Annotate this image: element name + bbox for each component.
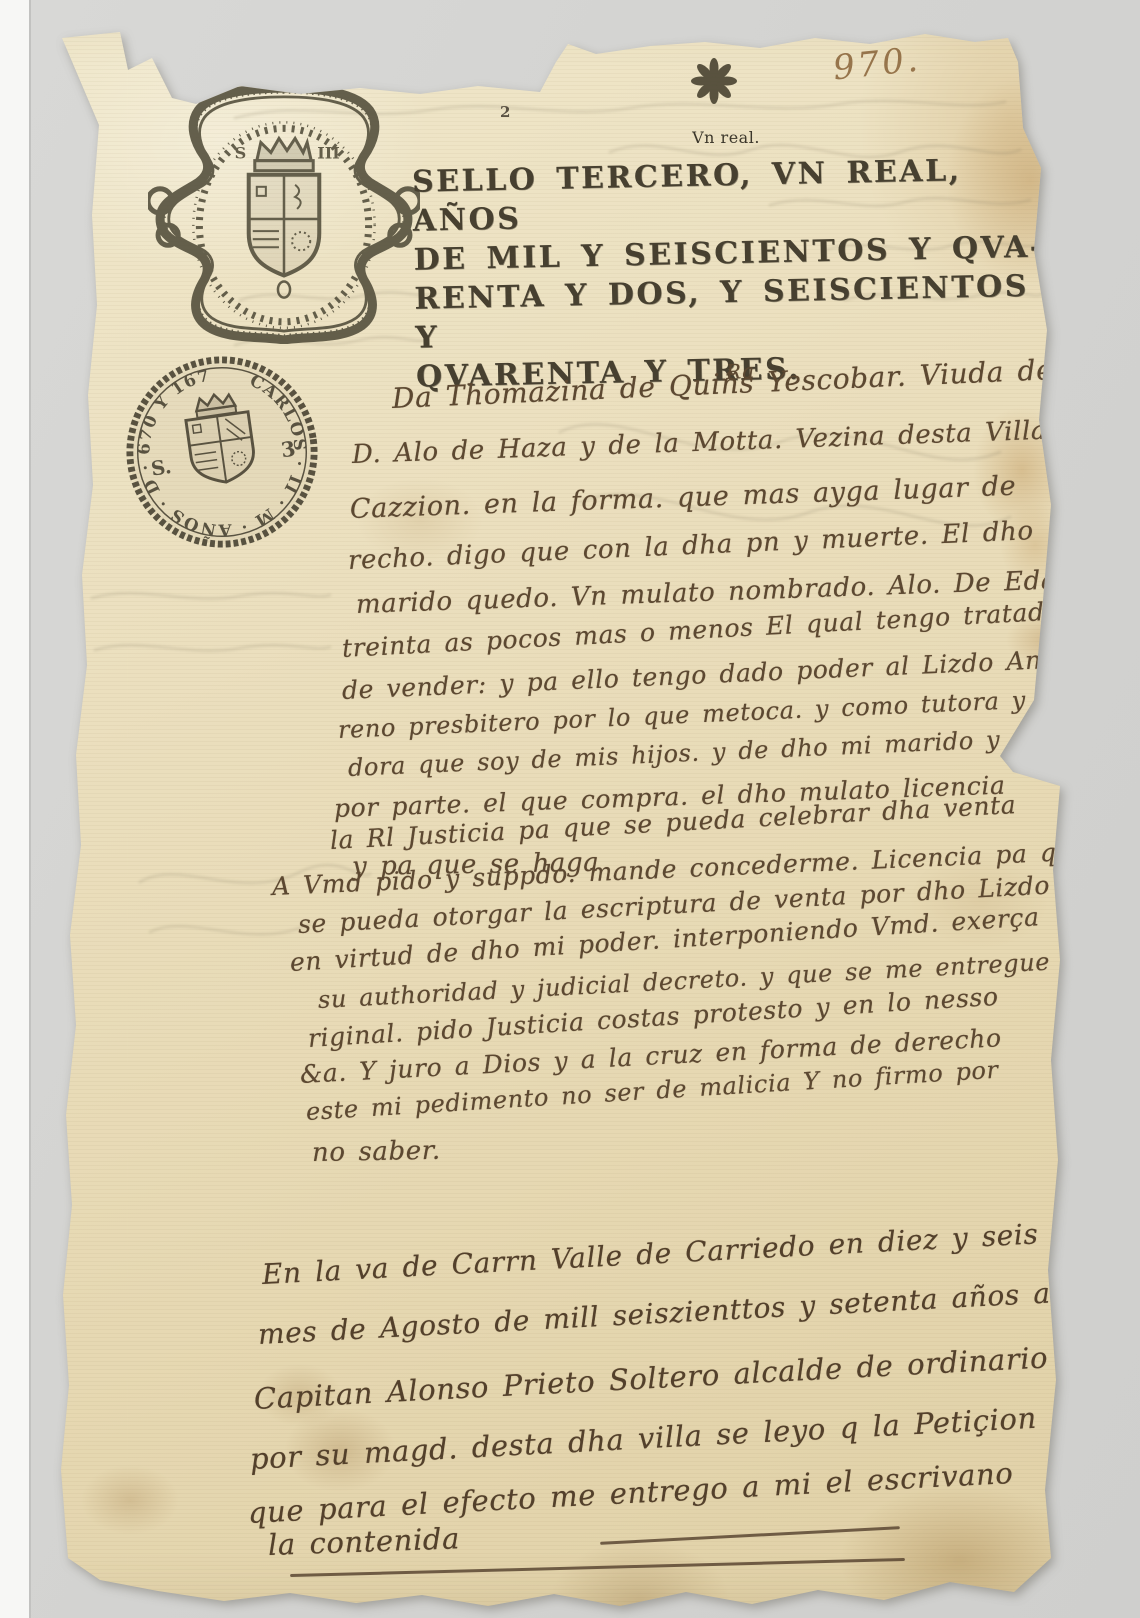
sello-heading-line: SELLO TERCERO, VN REAL, AÑOS [412, 149, 1053, 240]
handwritten-line: la contenida [267, 1521, 460, 1562]
stamp-mark-right: III [317, 144, 340, 163]
tax-denomination: Vn real. [676, 128, 776, 147]
manuscript-paper: S III [0, 0, 1140, 1618]
royal-coat-of-arms-stamp: S III [148, 82, 420, 344]
stamp-mark-left: S [235, 144, 247, 163]
page-number: 2 [500, 103, 510, 121]
handwritten-line: no saber. [312, 1136, 441, 1168]
carlos-ii-revalidation-seal: CARLOS · II · M · AÑOS · D · 670 Y 1671 … [111, 337, 333, 566]
scanned-document-page: S III [0, 0, 1140, 1618]
fleuron-rosette-icon [690, 56, 738, 106]
seal-mark-left: S. [150, 455, 173, 481]
sello-heading-line: RENTA Y DOS, Y SEISCIENTOS Y [414, 266, 1055, 357]
